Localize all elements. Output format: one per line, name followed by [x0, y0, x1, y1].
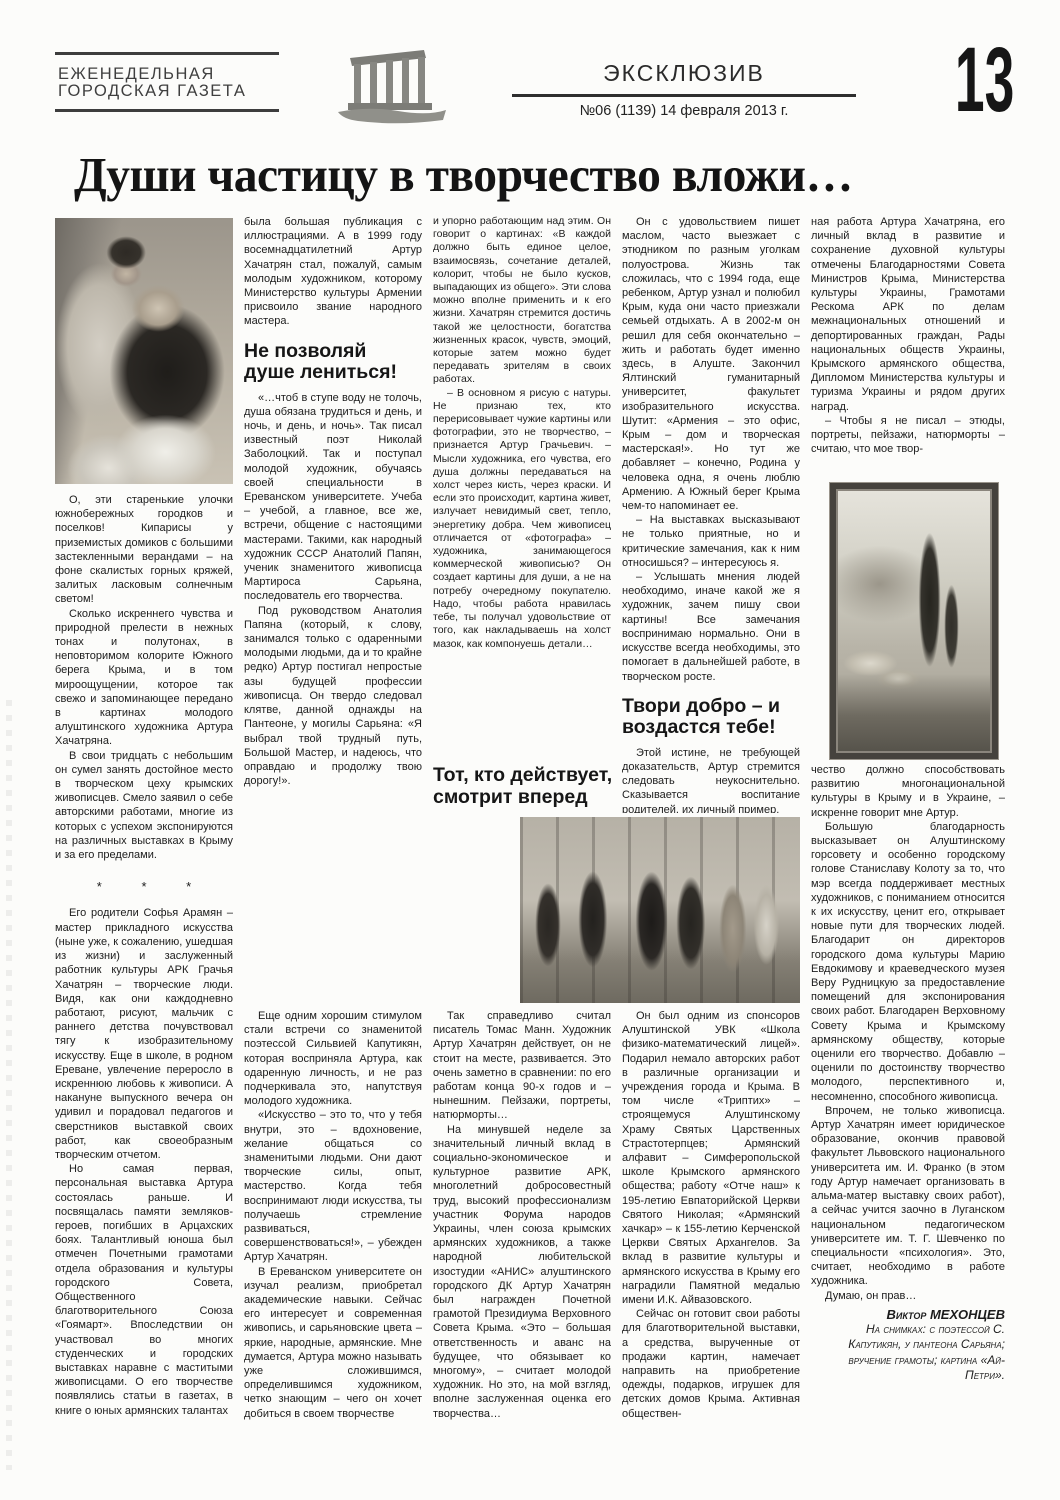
paragraph: О, эти старенькие улочки южнобережных го… [55, 493, 233, 607]
paragraph: Сейчас он готовит свои работы для благот… [622, 1307, 800, 1421]
paragraph: – Услышать мнения людей необходимо, инач… [622, 570, 800, 684]
paragraph: Так справедливо считал писатель Томас Ма… [433, 1009, 611, 1123]
paragraph: ная работа Артура Хачатряна, его личный … [811, 215, 1005, 414]
painting-ay-petri [830, 483, 998, 759]
paragraph: Думаю, он прав… [811, 1289, 1005, 1303]
column-1: О, эти старенькие улочки южнобережных го… [55, 215, 233, 1487]
paragraph: Его родители Софья Арамян – мастер прикл… [55, 906, 233, 1162]
section-header: ЭКСКЛЮЗИВ №06 (1139) 14 февраля 2013 г. [512, 60, 856, 119]
page-number: 13 [955, 42, 1007, 118]
gazette-name-line2: ГОРОДСКАЯ ГАЗЕТА [58, 83, 276, 100]
paragraph: «Искусство – это то, что у тебя внутри, … [244, 1108, 422, 1264]
subheading: Не позволяй душе лениться! [244, 341, 422, 384]
issue-date: №06 (1139) 14 февраля 2013 г. [512, 103, 856, 119]
paragraph: В Ереванском университете он изучал реал… [244, 1265, 422, 1421]
column-4-top: Он с удовольствием пишет маслом, часто в… [622, 215, 800, 813]
column-3-top: и упорно работающим над этим. Он говорит… [433, 215, 611, 761]
paragraph: Но самая первая, персональная выставка А… [55, 1162, 233, 1418]
gazette-name: ЕЖЕНЕДЕЛЬНАЯ ГОРОДСКАЯ ГАЗЕТА [55, 52, 279, 112]
paragraph: Он был одним из спонсоров Алуштинской УВ… [622, 1009, 800, 1307]
paragraph: На минувшей неделе за значительный личны… [433, 1123, 611, 1421]
column-1-text: О, эти старенькие улочки южнобережных го… [55, 493, 233, 1418]
photo-caption: На снимках: с поэтессой С. Капутикян, у … [811, 1322, 1005, 1384]
paragraph: В свои тридцать с небольшим он сумел зан… [55, 749, 233, 863]
paragraph: была большая публикация с иллюстрациями.… [244, 215, 422, 329]
headline: Души частицу в творчество вложи… [74, 146, 853, 203]
paragraph: – Чтобы я не писал – этюды, портреты, пе… [811, 414, 1005, 457]
photo-artur-with-poetess [55, 218, 233, 484]
column-2-bottom: Еще одним хорошим стимулом стали встречи… [244, 1009, 422, 1485]
byline: Виктор МЕХОНЦЕВ [811, 1308, 1005, 1322]
paragraph: – В основном я рисую с натуры. Не призна… [433, 387, 611, 651]
paragraph: чество должно способствовать развитию мн… [811, 763, 1005, 820]
section-title: ЭКСКЛЮЗИВ [512, 60, 856, 87]
paragraph: Под руководством Анатолия Папяна (которы… [244, 604, 422, 789]
section-rule [512, 94, 856, 97]
column-2-top: была большая публикация с иллюстрациями.… [244, 215, 422, 813]
colonnade-logo [328, 46, 456, 126]
paragraph: Впрочем, не только живописца. Артур Хача… [811, 1104, 1005, 1289]
article-body: О, эти старенькие улочки южнобережных го… [55, 215, 1005, 1487]
paragraph: Еще одним хорошим стимулом стали встречи… [244, 1009, 422, 1108]
paragraph: и упорно работающим над этим. Он говорит… [433, 215, 611, 387]
subheading: Твори добро – и воздастся тебе! [622, 696, 800, 739]
scan-artifact [6, 700, 12, 1470]
subheading: Тот, кто действует, смотрит вперед [433, 765, 613, 808]
column-4-bottom: Он был одним из спонсоров Алуштинской УВ… [622, 1009, 800, 1485]
gazette-name-line1: ЕЖЕНЕДЕЛЬНАЯ [58, 66, 276, 83]
column-5-bottom: чество должно способствовать развитию мн… [811, 763, 1005, 1487]
column-5-top: ная работа Артура Хачатряна, его личный … [811, 215, 1005, 481]
paragraph: Большую благодарность высказывает он Алу… [811, 820, 1005, 1104]
newspaper-page: ЕЖЕНЕДЕЛЬНАЯ ГОРОДСКАЯ ГАЗЕТА ЭКСКЛЮЗИВ … [0, 0, 1060, 1500]
paragraph: Этой истине, не требующей доказательств,… [622, 746, 800, 813]
stars-separator: * * * [55, 880, 233, 894]
photo-award-ceremony [520, 817, 800, 1003]
paragraph: Сколько искреннего чувства и природной п… [55, 607, 233, 749]
paragraph: – На выставках высказывают не только при… [622, 513, 800, 570]
paragraph: Он с удовольствием пишет маслом, часто в… [622, 215, 800, 513]
column-3-bottom: Так справедливо считал писатель Томас Ма… [433, 1009, 611, 1485]
photo-pantheon-sarian [245, 817, 501, 1003]
paragraph: «…чтоб в ступе воду не толочь, душа обяз… [244, 391, 422, 604]
